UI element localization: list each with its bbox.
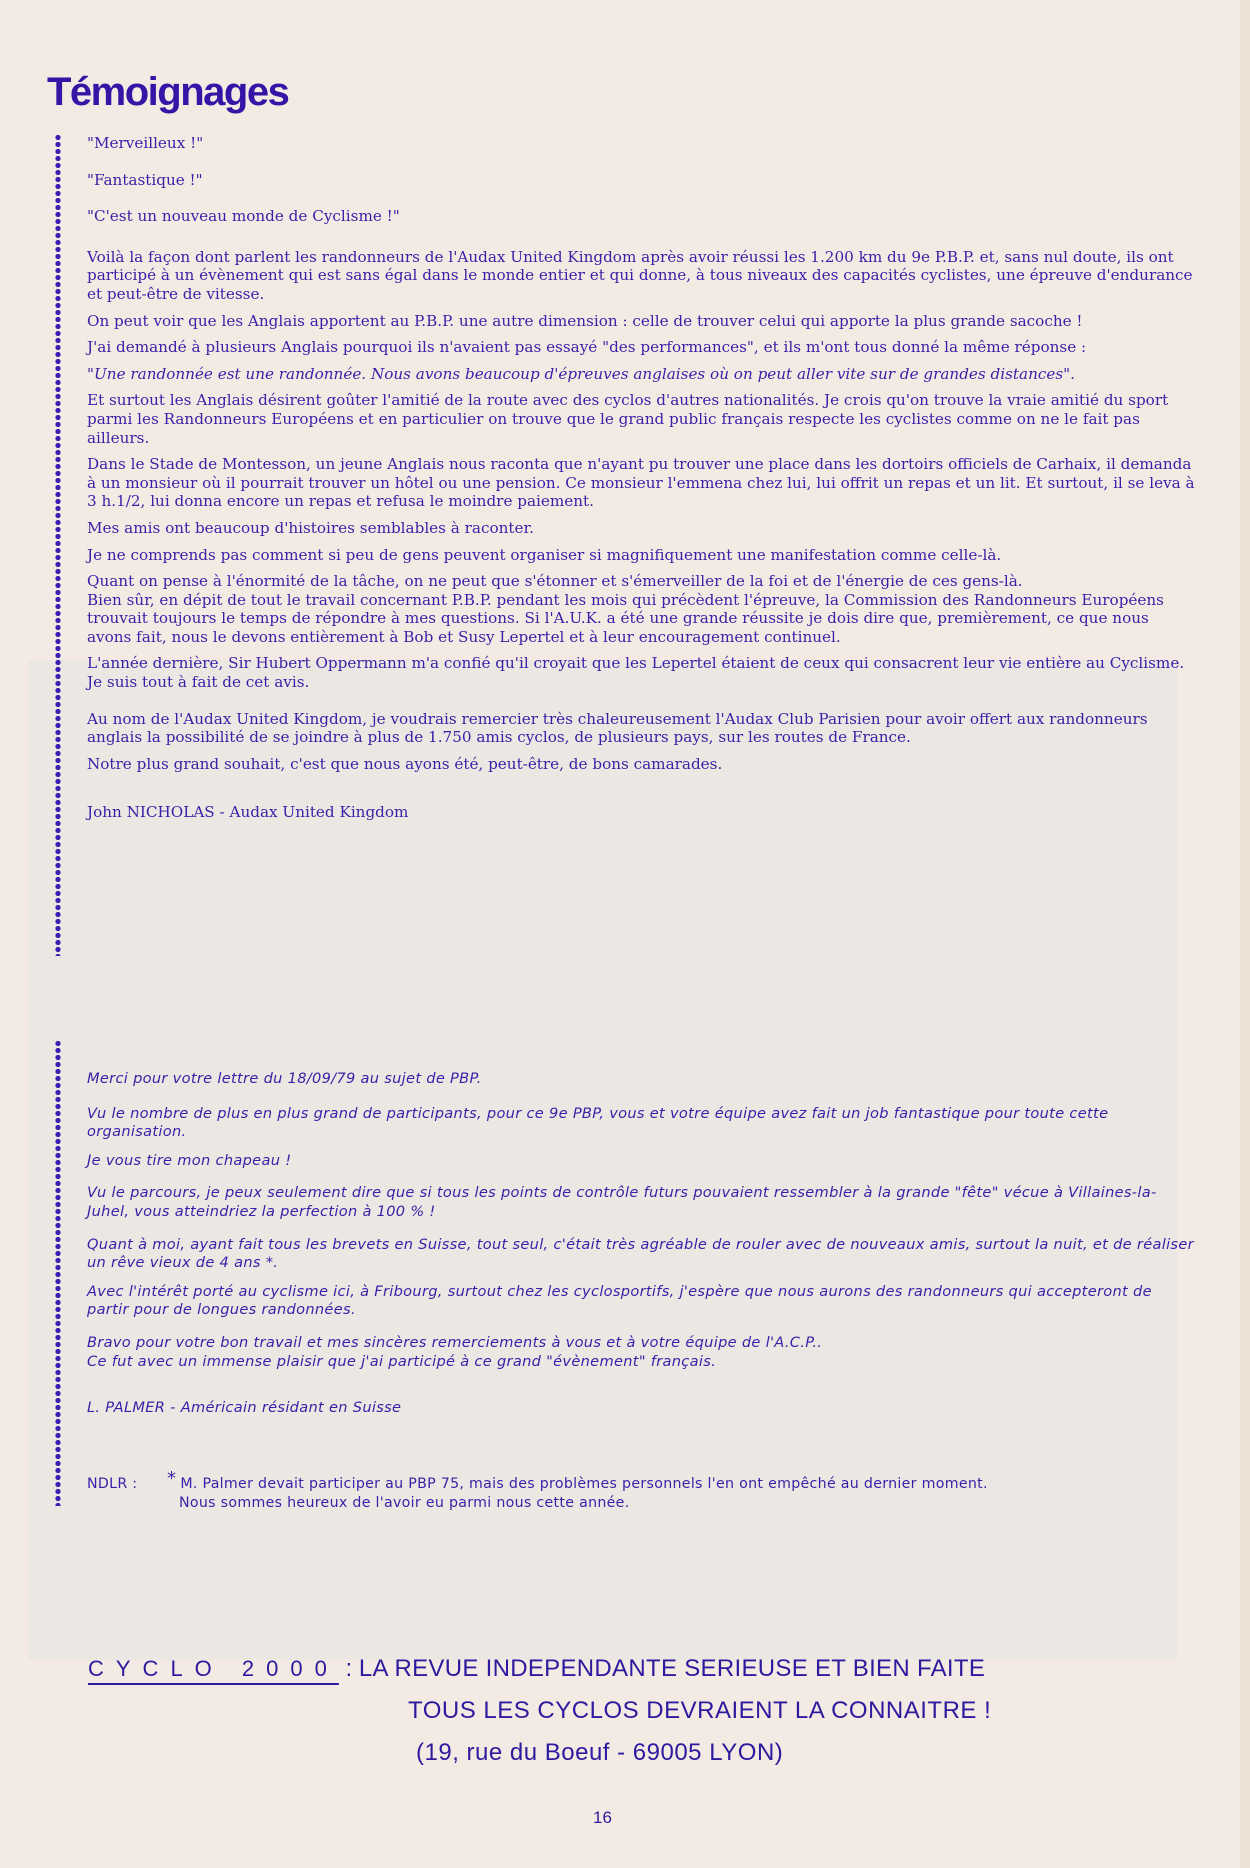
advert-line: TOUS LES CYCLOS DEVRAIENT LA CONNAITRE ! bbox=[408, 1697, 991, 1725]
paragraph: Avec l'intérêt porté au cyclisme ici, à … bbox=[87, 1283, 1197, 1320]
signature: John NICHOLAS - Audax United Kingdom bbox=[87, 803, 1197, 822]
advert-line: LA REVUE INDEPENDANTE SERIEUSE ET BIEN F… bbox=[359, 1655, 985, 1682]
paragraph: Je suis tout à fait de cet avis. bbox=[87, 673, 1197, 692]
editor-note: NDLR :*M. Palmer devait participer au PB… bbox=[87, 1470, 1197, 1512]
paragraph: J'ai demandé à plusieurs Anglais pourquo… bbox=[87, 338, 1197, 357]
separator: : bbox=[346, 1655, 353, 1682]
advert-address: (19, rue du Boeuf - 69005 LYON) bbox=[416, 1739, 783, 1767]
paragraph: Je ne comprends pas comment si peu de ge… bbox=[87, 546, 1197, 565]
ndlr-text: Nous sommes heureux de l'avoir eu parmi … bbox=[87, 1494, 1197, 1513]
quote: "C'est un nouveau monde de Cyclisme !" bbox=[87, 207, 1197, 226]
paragraph: Bien sûr, en dépit de tout le travail co… bbox=[87, 591, 1197, 647]
paragraph: Notre plus grand souhait, c'est que nous… bbox=[87, 755, 1197, 774]
paragraph: Quant à moi, ayant fait tous les brevets… bbox=[87, 1236, 1197, 1273]
paragraph: Vu le nombre de plus en plus grand de pa… bbox=[87, 1105, 1197, 1142]
paragraph: Au nom de l'Audax United Kingdom, je vou… bbox=[87, 710, 1197, 747]
paragraph: L'année dernière, Sir Hubert Oppermann m… bbox=[87, 654, 1197, 673]
paragraph: Merci pour votre lettre du 18/09/79 au s… bbox=[87, 1070, 1197, 1089]
page-title: Témoignages bbox=[47, 70, 288, 115]
paragraph: Dans le Stade de Montesson, un jeune Ang… bbox=[87, 455, 1197, 511]
paragraph: Quant on pense à l'énormité de la tâche,… bbox=[87, 572, 1197, 591]
page-number: 16 bbox=[593, 1808, 612, 1828]
signature: L. PALMER - Américain résidant en Suisse bbox=[87, 1399, 1197, 1418]
ndlr-text: M. Palmer devait participer au PBP 75, m… bbox=[180, 1476, 988, 1492]
quote: "Merveilleux !" bbox=[87, 134, 1197, 153]
testimonial-nicholas: "Merveilleux !" "Fantastique !" "C'est u… bbox=[87, 134, 1197, 830]
paragraph: "Une randonnée est une randonnée. Nous a… bbox=[87, 365, 1197, 384]
testimonial-palmer: Merci pour votre lettre du 18/09/79 au s… bbox=[87, 1070, 1197, 1428]
decorative-border-icon bbox=[54, 1040, 62, 1506]
paragraph: On peut voir que les Anglais apportent a… bbox=[87, 312, 1197, 331]
quote: "Fantastique !" bbox=[87, 171, 1197, 190]
paper-edge bbox=[1240, 0, 1250, 1868]
paragraph: Mes amis ont beaucoup d'histoires sembla… bbox=[87, 519, 1197, 538]
paragraph: Ce fut avec un immense plaisir que j'ai … bbox=[87, 1353, 1197, 1372]
asterisk-icon: * bbox=[167, 1468, 176, 1489]
decorative-border-icon bbox=[54, 134, 62, 956]
paragraph: Je vous tire mon chapeau ! bbox=[87, 1152, 1197, 1171]
paragraph: Vu le parcours, je peux seulement dire q… bbox=[87, 1184, 1197, 1221]
paragraph: Voilà la façon dont parlent les randonne… bbox=[87, 248, 1197, 304]
brand-name: CYCLO 2000 bbox=[88, 1656, 339, 1681]
ndlr-label: NDLR : bbox=[87, 1475, 167, 1494]
paragraph: Bravo pour votre bon travail et mes sinc… bbox=[87, 1334, 1197, 1353]
paragraph: Et surtout les Anglais désirent goûter l… bbox=[87, 391, 1197, 447]
